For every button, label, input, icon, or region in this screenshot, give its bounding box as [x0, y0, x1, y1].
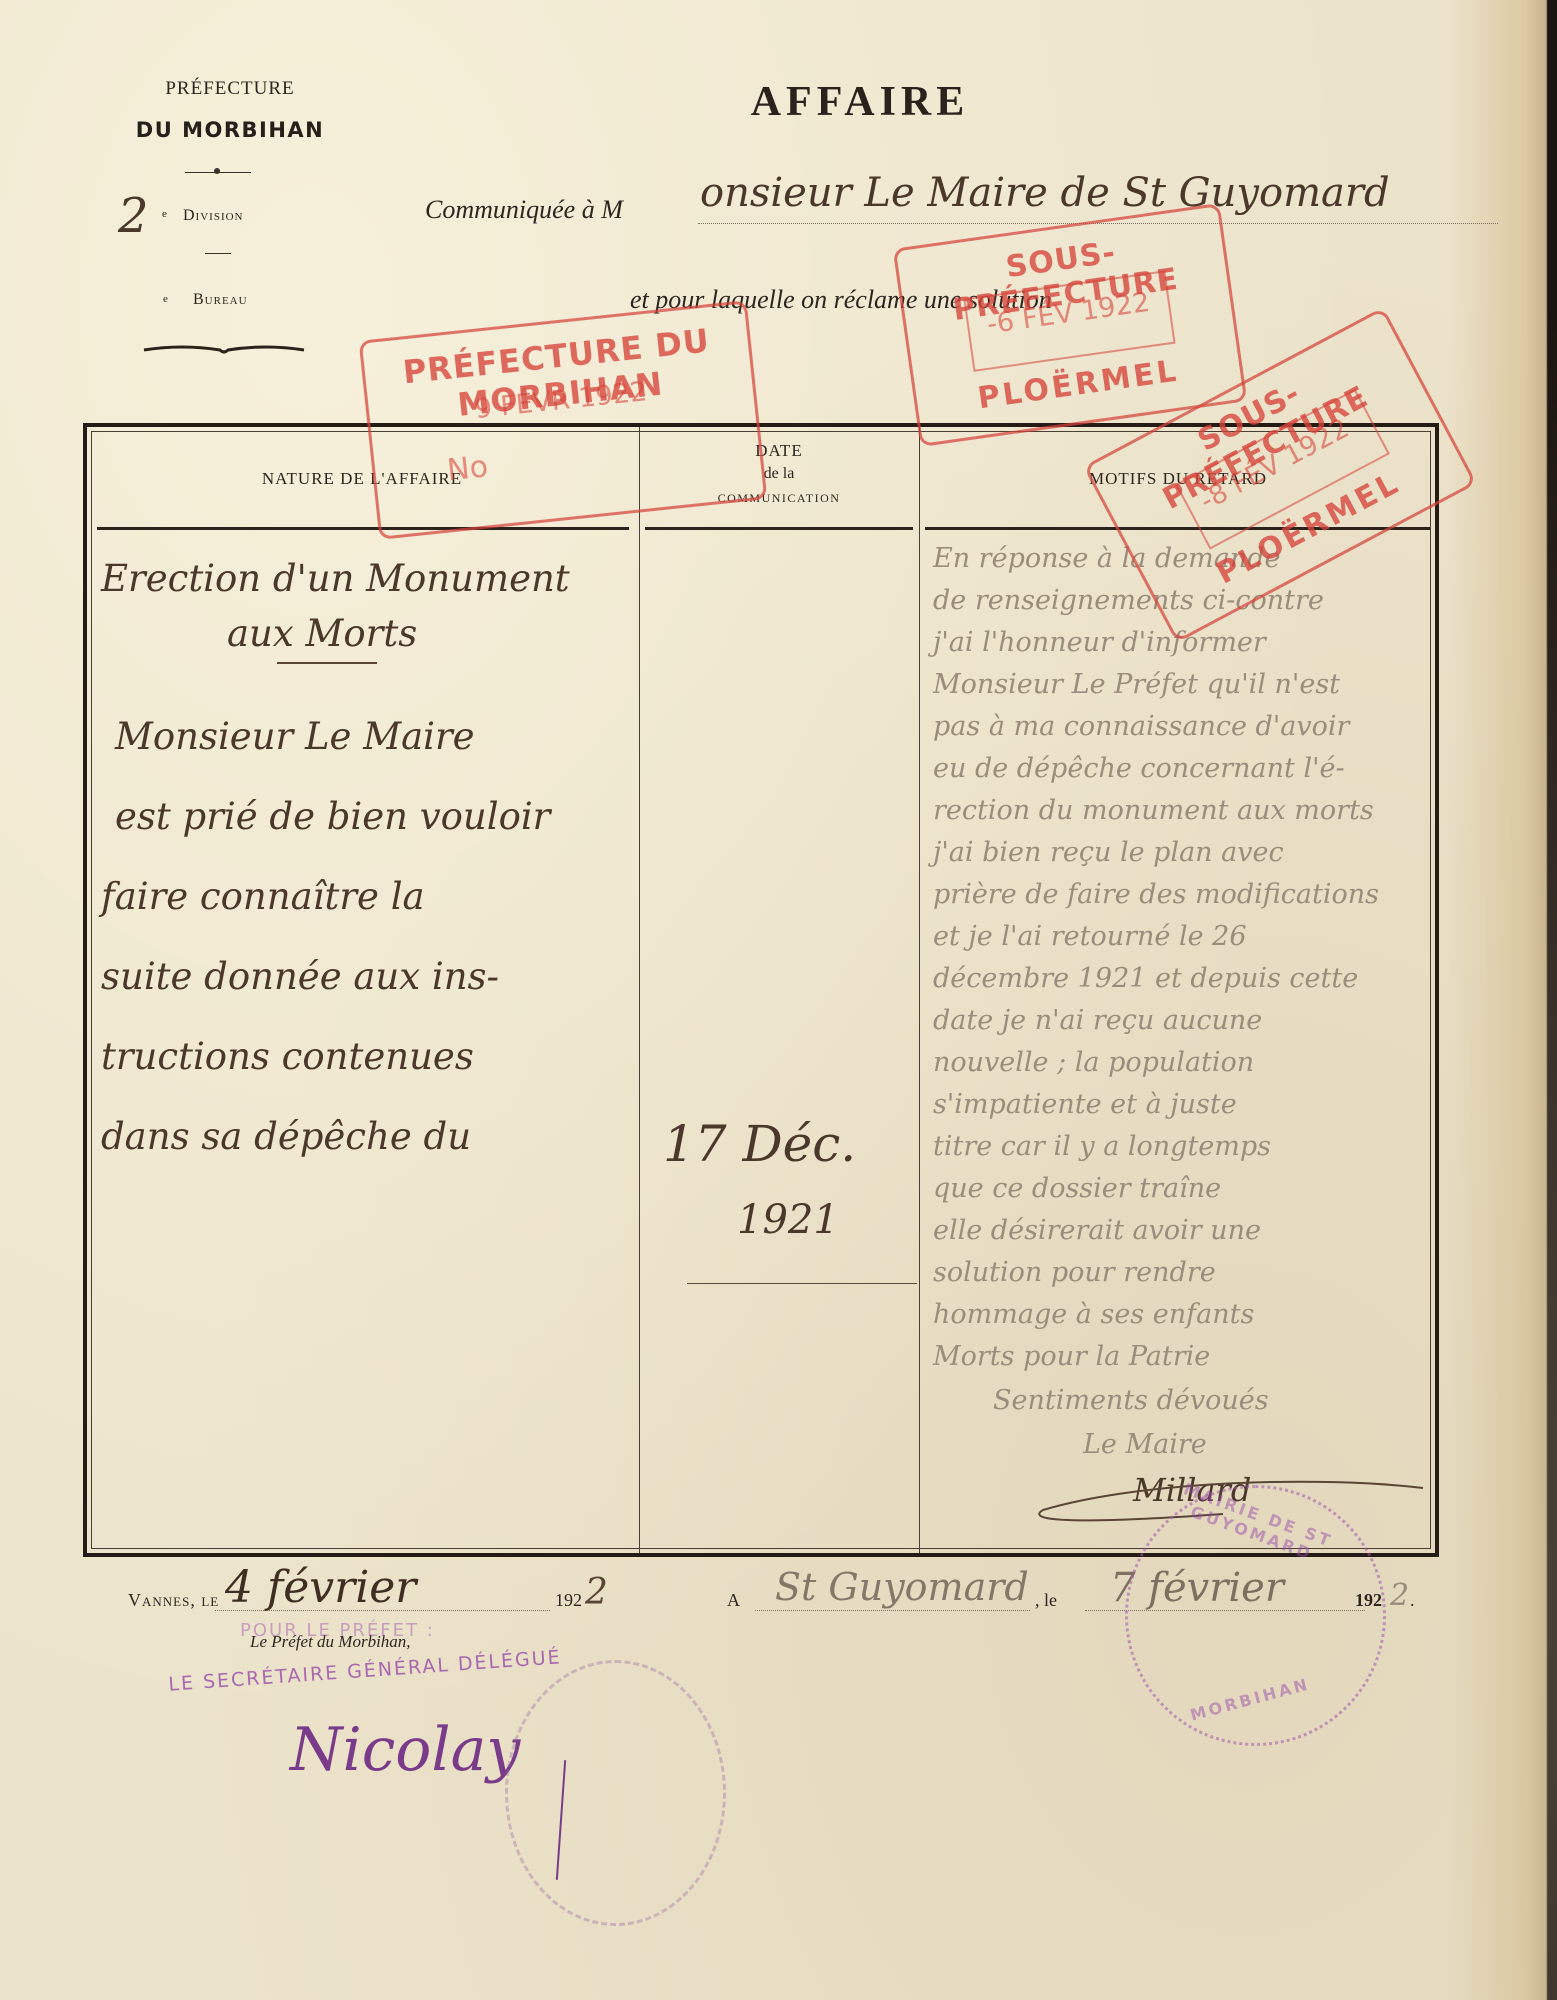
- year-suffix-left: 2: [585, 1572, 608, 1613]
- motifs-line: pas à ma connaissance d'avoir: [933, 711, 1349, 742]
- motifs-line: date je n'ai reçu aucune: [933, 1005, 1262, 1036]
- motifs-line: hommage à ses enfants: [933, 1299, 1254, 1330]
- motifs-line: eu de dépêche concernant l'é-: [933, 753, 1345, 784]
- motifs-line: titre car il y a longtemps: [933, 1131, 1271, 1162]
- motifs-line: j'ai bien reçu le plan avec: [933, 837, 1284, 868]
- motifs-line: elle désirerait avoir une: [933, 1215, 1261, 1246]
- place-line: [755, 1610, 1030, 1611]
- nature-cell: Erection d'un Monument aux Morts Monsieu…: [87, 537, 639, 1537]
- place-value: St Guyomard: [775, 1565, 1029, 1609]
- motifs-line: s'impatiente et à juste: [933, 1089, 1237, 1120]
- header-rule-nature: [97, 527, 629, 530]
- ornament-flourish: [142, 342, 306, 358]
- division-superscript: e: [162, 208, 167, 220]
- column-divider-2: [919, 427, 920, 1553]
- document-title: AFFAIRE: [620, 78, 1100, 126]
- date-value: 17 Déc.: [663, 1115, 856, 1173]
- motifs-line: et je l'ai retourné le 26: [933, 921, 1247, 952]
- date-year: 1921: [737, 1197, 839, 1243]
- motifs-line: Monsieur Le Préfet qu'il n'est: [933, 669, 1340, 700]
- secretary-stamp: LE SECRÉTAIRE GÉNÉRAL DÉLÉGUÉ: [168, 1646, 563, 1695]
- year-prefix-left: 192: [555, 1590, 582, 1611]
- period: .: [1410, 1590, 1415, 1611]
- prefecture-stamp: PRÉFECTURE DU MORBIHAN 9 FÉVR 1922 No: [359, 300, 768, 540]
- prefecture-label: PRÉFECTURE: [130, 78, 330, 100]
- motifs-line: rection du monument aux morts: [933, 795, 1374, 826]
- nature-line: Monsieur Le Maire: [115, 715, 475, 758]
- nature-line: aux Morts: [227, 612, 417, 655]
- date-underline: [687, 1283, 917, 1284]
- motifs-line: Morts pour la Patrie: [933, 1341, 1210, 1372]
- recipient-value: onsieur Le Maire de St Guyomard: [700, 170, 1390, 216]
- le-label: , le: [1035, 1590, 1057, 1611]
- motifs-line: décembre 1921 et depuis cette: [933, 963, 1358, 994]
- nature-line: Erection d'un Monument: [101, 557, 570, 600]
- pour-le-prefet-stamp: POUR LE PRÉFET :: [240, 1620, 435, 1641]
- motifs-cell: En réponse à la demande de renseignement…: [923, 535, 1433, 1545]
- header-rule-date: [645, 527, 913, 530]
- department-label: DU MORBIHAN: [70, 118, 390, 142]
- division-label: Division: [183, 207, 244, 225]
- ornament-dot: [214, 168, 220, 174]
- closing-line: Sentiments dévoués: [993, 1385, 1269, 1416]
- bureau-label: Bureau: [193, 291, 248, 309]
- motifs-line: prière de faire des modifications: [933, 879, 1379, 910]
- motifs-line: solution pour rendre: [933, 1257, 1216, 1288]
- year-suffix-right: 2: [1390, 1578, 1409, 1613]
- nature-line: est prié de bien vouloir: [115, 795, 550, 838]
- short-divider: [205, 253, 231, 254]
- prefecture-round-stamp: [505, 1660, 726, 1926]
- nature-line: tructions contenues: [101, 1035, 474, 1078]
- nature-line: faire connaître la: [101, 875, 425, 918]
- motifs-line: j'ai l'honneur d'informer: [933, 627, 1266, 658]
- prefet-signature: Nicolay: [290, 1715, 520, 1785]
- column-divider-1: [639, 427, 640, 1553]
- mayor-title: Le Maire: [1083, 1429, 1207, 1460]
- motifs-line: nouvelle ; la population: [933, 1047, 1254, 1078]
- nature-line: suite donnée aux ins-: [101, 955, 499, 998]
- vannes-date: 4 février: [225, 1562, 416, 1613]
- nature-line: dans sa dépêche du: [101, 1115, 471, 1158]
- division-number: 2: [118, 188, 149, 244]
- motifs-line: que ce dossier traîne: [933, 1173, 1221, 1204]
- a-label: A: [727, 1590, 740, 1611]
- communiquee-label: Communiquée à M: [425, 195, 623, 225]
- bureau-superscript: e: [163, 293, 168, 305]
- underline: [277, 662, 377, 664]
- vannes-label: Vannes, le: [128, 1590, 219, 1611]
